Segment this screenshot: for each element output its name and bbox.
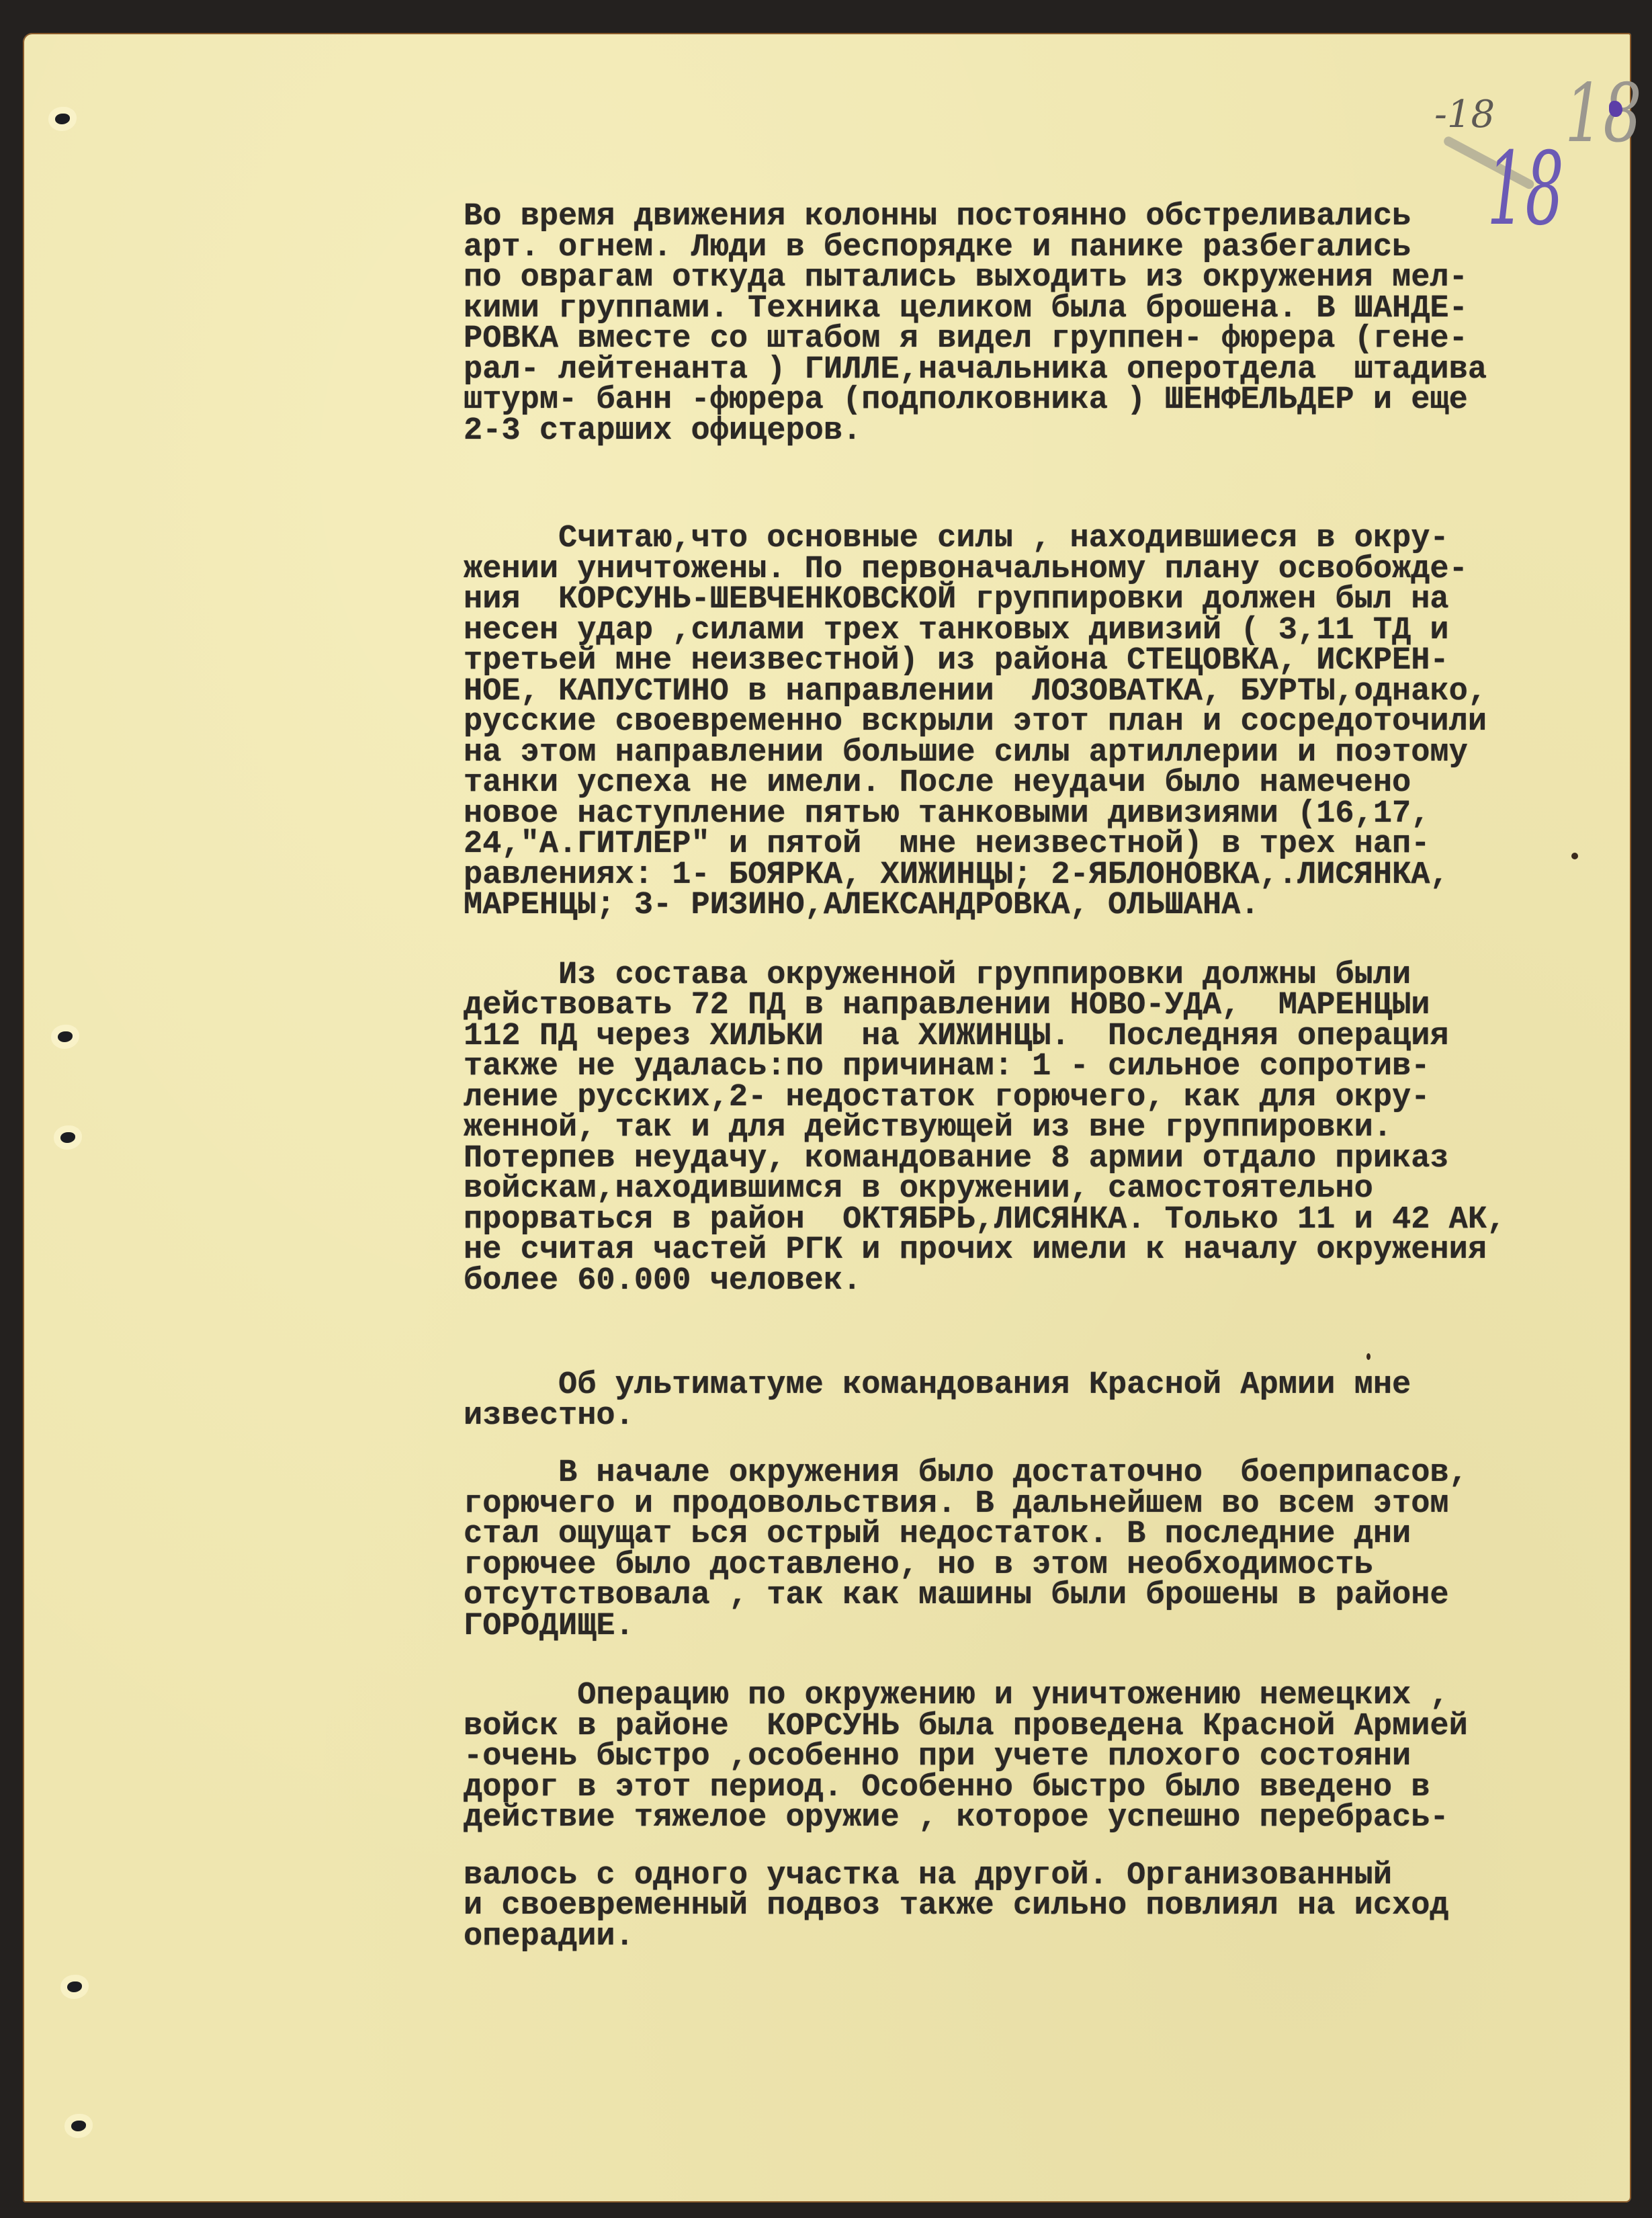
paragraph-breakout-attempt: Из состава окруженной группировки должны… xyxy=(464,960,1619,1297)
text-line: РОВКА вместе со штабом я видел группен- … xyxy=(464,324,1619,355)
text-line: войскам,находившимся в окружении, самост… xyxy=(464,1174,1619,1205)
text-line: Операцию по окружению и уничтожению неме… xyxy=(464,1680,1619,1711)
text-line: женной, так и для действующей из вне гру… xyxy=(464,1113,1619,1144)
paragraph-operation-assessment: Операцию по окружению и уничтожению неме… xyxy=(464,1680,1619,1834)
text-line: ния КОРСУНЬ-ШЕВЧЕНКОВСКОЙ группировки до… xyxy=(464,585,1619,615)
text-line: 112 ПД через ХИЛЬКИ на ХИЖИНЦЫ. Последня… xyxy=(464,1021,1619,1052)
text-line: стал ощущат ься острый недостаток. В пос… xyxy=(464,1519,1619,1550)
paragraph-column-retreat: Во время движения колонны постоянно обст… xyxy=(464,202,1619,446)
text-line: танки успеха не имели. После неудачи был… xyxy=(464,768,1619,799)
pencil-page-number: -18 xyxy=(1434,93,1495,136)
text-line: действие тяжелое оружие , которое успешн… xyxy=(464,1803,1619,1834)
text-line: Потерпев неудачу, командование 8 армии о… xyxy=(464,1144,1619,1175)
text-line: более 60.000 человек. xyxy=(464,1266,1619,1297)
text-line: войск в районе КОРСУНЬ была проведена Кр… xyxy=(464,1711,1619,1742)
text-line: новое наступление пятью танковыми дивизи… xyxy=(464,799,1619,830)
text-line: 2-3 старших офицеров. xyxy=(464,416,1619,447)
text-line: действовать 72 ПД в направлении НОВО-УДА… xyxy=(464,990,1619,1021)
text-line: прорваться в район ОКТЯБРЬ,ЛИСЯНКА. Толь… xyxy=(464,1205,1619,1236)
text-line: МАРЕНЦЫ; 3- РИЗИНО,АЛЕКСАНДРОВКА, ОЛЬШАН… xyxy=(464,890,1619,921)
typewritten-text: Во время движения колонны постоянно обст… xyxy=(464,202,1619,1952)
text-line: ГОРОДИЩЕ. xyxy=(464,1611,1619,1642)
text-line: по оврагам откуда пытались выходить из о… xyxy=(464,263,1619,294)
punch-hole xyxy=(71,2121,86,2131)
paragraph-supplies: В начале окружения было достаточно боепр… xyxy=(464,1458,1619,1641)
text-line: В начале окружения было достаточно боепр… xyxy=(464,1458,1619,1489)
paragraph-operation-assessment-cont: валось с одного участка на другой. Орган… xyxy=(464,1861,1619,1953)
punch-hole xyxy=(55,114,70,124)
text-line: жении уничтожены. По первоначальному пла… xyxy=(464,554,1619,585)
text-line: на этом направлении большие силы артилле… xyxy=(464,738,1619,769)
pencil-large-page-number: 18 xyxy=(1565,67,1642,161)
text-line: дорог в этот период. Особенно быстро был… xyxy=(464,1773,1619,1803)
paragraph-relief-plan: Считаю,что основные силы , находившиеся … xyxy=(464,523,1619,921)
punch-hole xyxy=(58,1031,73,1042)
paragraph-ultimatum: Об ультиматуме командования Красной Арми… xyxy=(464,1370,1619,1431)
text-line: известно. xyxy=(464,1401,1619,1432)
text-line: 24,"А.ГИТЛЕР" и пятой мне неизвестной) в… xyxy=(464,829,1619,860)
text-line: несен удар ,силами трех танковых дивизий… xyxy=(464,615,1619,646)
text-line: Считаю,что основные силы , находившиеся … xyxy=(464,523,1619,554)
text-line: отсутствовала , так как машины были брош… xyxy=(464,1580,1619,1611)
text-line: русские своевременно вскрыли этот план и… xyxy=(464,707,1619,738)
text-line: штурм- банн -фюрера (подполковника ) ШЕН… xyxy=(464,385,1619,416)
ink-dot xyxy=(1609,101,1622,117)
text-line: -очень быстро ,особенно при учете плохог… xyxy=(464,1742,1619,1773)
text-line: и своевременный подвоз также сильно повл… xyxy=(464,1891,1619,1922)
text-line: третьей мне неизвестной) из района СТЕЦО… xyxy=(464,646,1619,677)
text-line: операдии. xyxy=(464,1922,1619,1953)
text-line: Во время движения колонны постоянно обст… xyxy=(464,202,1619,232)
text-line: ление русских,2- недостаток горючего, ка… xyxy=(464,1082,1619,1113)
text-line: не считая частей РГК и прочих имели к на… xyxy=(464,1235,1619,1266)
text-line: НОЕ, КАПУСТИНО в направлении ЛОЗОВАТКА, … xyxy=(464,677,1619,708)
text-line: равлениях: 1- БОЯРКА, ХИЖИНЦЫ; 2-ЯБЛОНОВ… xyxy=(464,860,1619,891)
text-line: горючего и продовольствия. В дальнейшем … xyxy=(464,1489,1619,1520)
text-line: горючее было доставлено, но в этом необх… xyxy=(464,1550,1619,1581)
text-line: также не удалась:по причинам: 1 - сильно… xyxy=(464,1052,1619,1082)
text-line: Об ультиматуме командования Красной Арми… xyxy=(464,1370,1619,1401)
text-line: валось с одного участка на другой. Орган… xyxy=(464,1861,1619,1891)
text-line: Из состава окруженной группировки должны… xyxy=(464,960,1619,991)
punch-hole xyxy=(60,1132,75,1143)
text-line: рал- лейтенанта ) ГИЛЛЕ,начальника оперо… xyxy=(464,355,1619,386)
text-line: арт. огнем. Люди в беспорядке и панике р… xyxy=(464,232,1619,263)
punch-hole xyxy=(67,1981,82,1992)
text-line: кими группами. Техника целиком была брош… xyxy=(464,294,1619,325)
